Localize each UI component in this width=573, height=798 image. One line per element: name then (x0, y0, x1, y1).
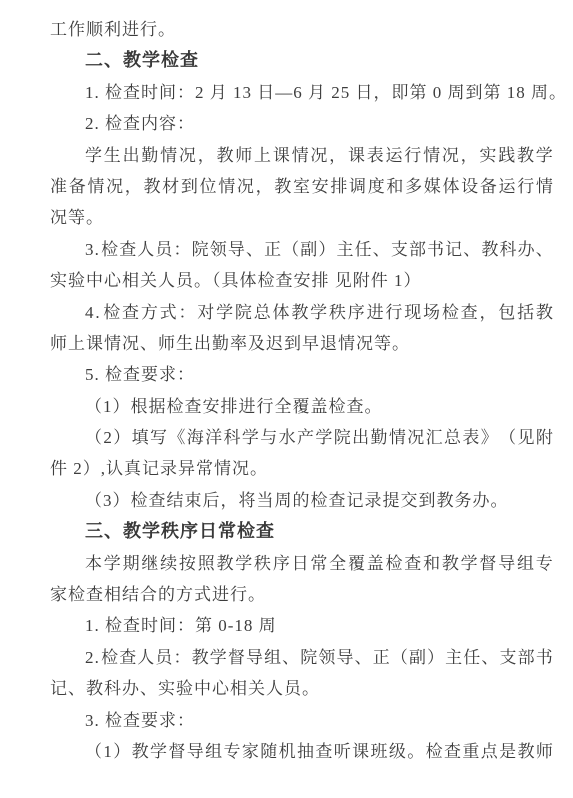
text-line: 工作顺利进行。 (50, 14, 553, 45)
text-line: 记、教科办、实验中心相关人员。 (50, 673, 553, 704)
text-line: 准备情况，教材到位情况，教室安排调度和多媒体设备运行情 (50, 171, 553, 202)
section-heading-2: 二、教学检查 (50, 45, 553, 76)
text-line: 3. 检查人员：院领导、正（副）主任、支部书记、教科办、 (50, 234, 553, 265)
text-line: 2. 检查内容： (50, 108, 553, 139)
text-line: 1. 检查时间：第 0-18 周 (50, 610, 553, 641)
text-line: 件 2）,认真记录异常情况。 (50, 453, 553, 484)
text-line: 1. 检查时间：2 月 13 日—6 月 25 日，即第 0 周到第 18 周。 (50, 77, 553, 108)
text-line: 师上课情况、师生出勤率及迟到早退情况等。 (50, 328, 553, 359)
text-line: 本学期继续按照教学秩序日常全覆盖检查和教学督导组专 (50, 548, 553, 579)
text-line: 学生出勤情况，教师上课情况，课表运行情况，实践教学 (50, 140, 553, 171)
text-line: 实验中心相关人员。（具体检查安排 见附件 1） (50, 265, 553, 296)
document-page: 工作顺利进行。 二、教学检查 1. 检查时间：2 月 13 日—6 月 25 日… (0, 0, 573, 798)
text-line: 5. 检查要求： (50, 359, 553, 390)
text-line: 3. 检查要求： (50, 705, 553, 736)
text-line: 况等。 (50, 202, 553, 233)
text-line: 2. 检查人员：教学督导组、院领导、正（副）主任、支部书 (50, 642, 553, 673)
text-line: （1）根据检查安排进行全覆盖检查。 (50, 391, 553, 422)
text-line: 家检查相结合的方式进行。 (50, 579, 553, 610)
text-line: （2）填写《海洋科学与水产学院出勤情况汇总表》（见附 (50, 422, 553, 453)
text-line: 4. 检查方式：对学院总体教学秩序进行现场检查，包括教 (50, 297, 553, 328)
text-line: （3）检查结束后，将当周的检查记录提交到教务办。 (50, 485, 553, 516)
text-line: （1）教学督导组专家随机抽查听课班级。检查重点是教师 (50, 736, 553, 767)
section-heading-3: 三、教学秩序日常检查 (50, 516, 553, 547)
